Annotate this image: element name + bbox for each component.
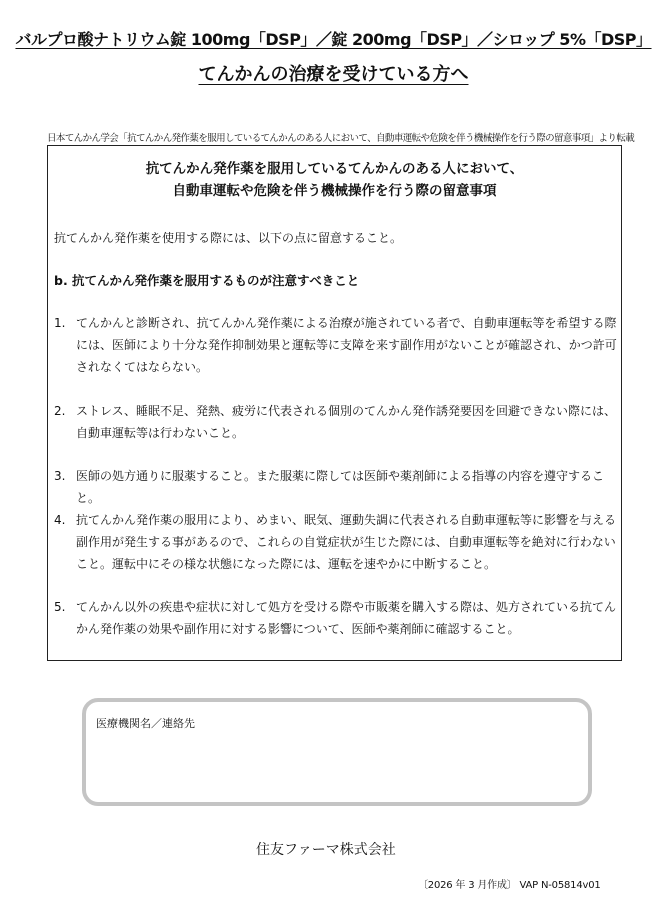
page-title: てんかんの治療を受けている方へ	[0, 60, 667, 86]
document-code: 〔2026 年 3 月作成〕 VAP N-05814v01	[418, 876, 601, 891]
page-title-text: てんかんの治療を受けている方へ	[199, 64, 469, 85]
list-item: 3. 医師の処方通りに服薬すること。また服薬に際しては医師や薬剤師による指導の内…	[54, 465, 617, 509]
list-item-text: 抗てんかん発作薬の服用により、めまい、眠気、運動失調に代表される自動車運転等に影…	[76, 513, 616, 571]
list-item-number: 1.	[54, 312, 65, 334]
list-item: 5. てんかん以外の疾患や症状に対して処方を受ける際や市販薬を購入する際は、処方…	[54, 596, 617, 640]
source-note: 日本てんかん学会「抗てんかん発作薬を服用しているてんかんのある人において、自動車…	[47, 130, 637, 144]
list-item-text: 医師の処方通りに服薬すること。また服薬に際しては医師や薬剤師による指導の内容を遵…	[76, 469, 604, 505]
notice-heading-line1: 抗てんかん発作薬を服用しているてんかんのある人において、	[48, 158, 621, 180]
product-line-text: バルプロ酸ナトリウム錠 100mg「DSP」／錠 200mg「DSP」／シロップ…	[15, 30, 651, 49]
company-name: 住友ファーマ株式会社	[256, 839, 396, 859]
list-item-text: てんかんと診断され、抗てんかん発作薬による治療が施されている者で、自動車運転等を…	[76, 316, 617, 374]
contact-info-box: 医療機関名／連絡先	[82, 698, 592, 806]
product-line-title: バルプロ酸ナトリウム錠 100mg「DSP」／錠 200mg「DSP」／シロップ…	[0, 27, 667, 50]
list-item-text: ストレス、睡眠不足、発熱、疲労に代表される個別のてんかん発作誘発要因を回避できな…	[76, 404, 616, 440]
contact-label: 医療機関名／連絡先	[96, 715, 195, 731]
list-item-number: 3.	[54, 465, 65, 487]
list-item-number: 5.	[54, 596, 65, 618]
list-item-number: 4.	[54, 509, 65, 531]
section-b-heading: b. 抗てんかん発作薬を服用するものが注意すべきこと	[54, 271, 359, 289]
notice-heading: 抗てんかん発作薬を服用しているてんかんのある人において、 自動車運転や危険を伴う…	[48, 158, 621, 202]
notice-box: 抗てんかん発作薬を服用しているてんかんのある人において、 自動車運転や危険を伴う…	[47, 145, 622, 661]
list-item: 2. ストレス、睡眠不足、発熱、疲労に代表される個別のてんかん発作誘発要因を回避…	[54, 400, 617, 444]
list-item-number: 2.	[54, 400, 65, 422]
notice-heading-line2: 自動車運転や危険を伴う機械操作を行う際の留意事項	[48, 180, 621, 202]
list-item-text: てんかん以外の疾患や症状に対して処方を受ける際や市販薬を購入する際は、処方されて…	[76, 600, 616, 636]
list-item: 4. 抗てんかん発作薬の服用により、めまい、眠気、運動失調に代表される自動車運転…	[54, 509, 617, 575]
list-item: 1. てんかんと診断され、抗てんかん発作薬による治療が施されている者で、自動車運…	[54, 312, 617, 378]
notice-intro: 抗てんかん発作薬を使用する際には、以下の点に留意すること。	[54, 229, 402, 246]
